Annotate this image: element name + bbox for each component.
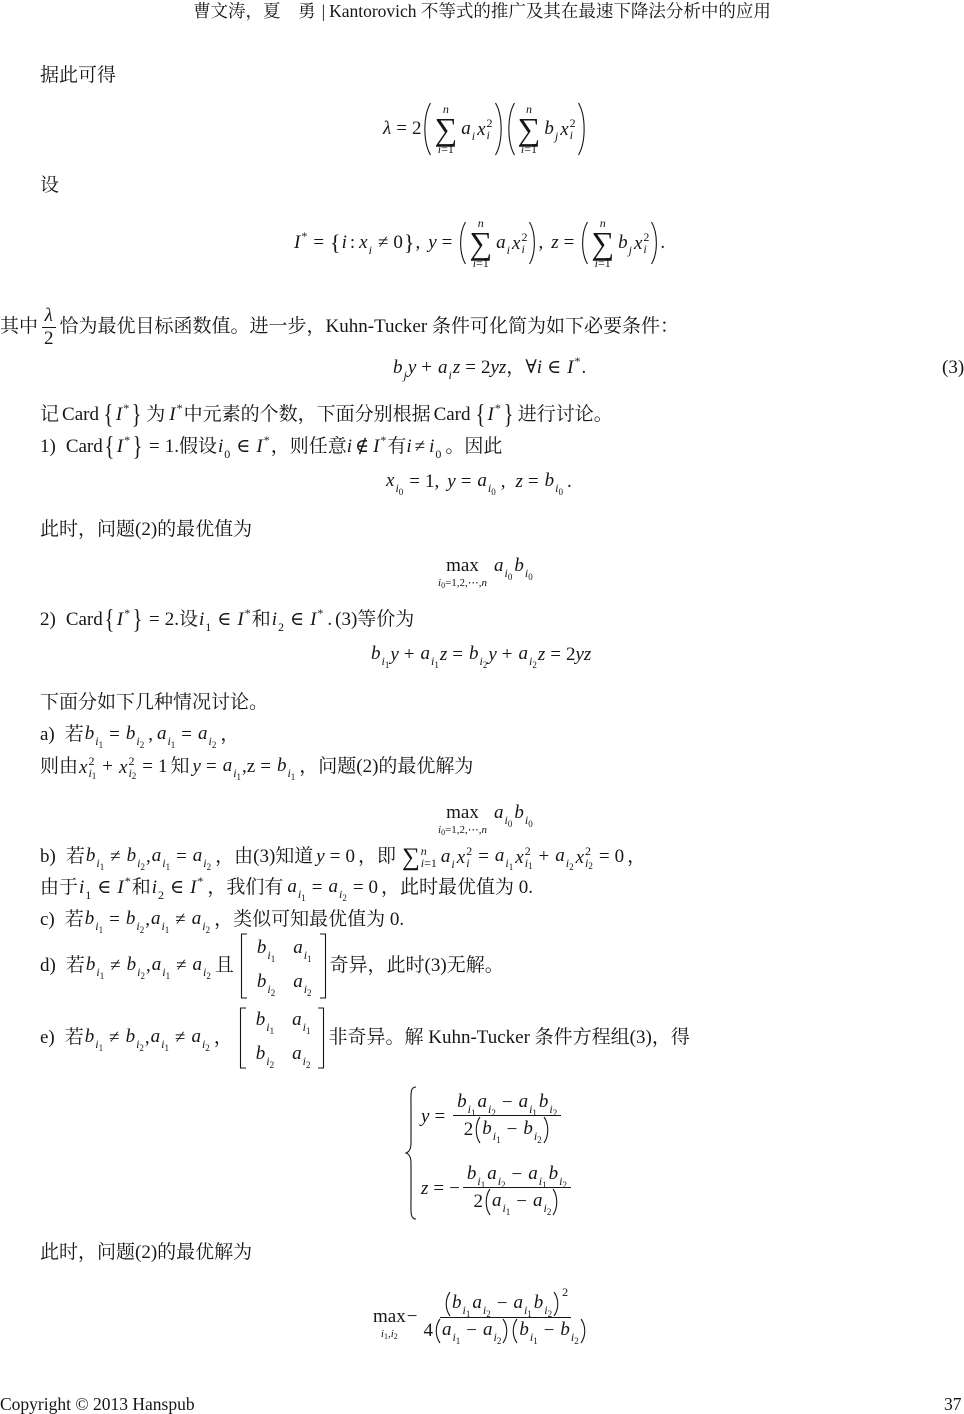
math-var: b (256, 1043, 266, 1064)
math-var: b (86, 845, 96, 866)
math-var: x (560, 119, 568, 140)
math-subscript: i (570, 129, 576, 141)
math-var: a (495, 845, 505, 866)
math-subscript: i1 (505, 856, 513, 870)
math-subindex: 2 (140, 971, 145, 981)
fraction-lambda-half: λ2 (41, 305, 57, 350)
math-var: b (86, 954, 96, 975)
fraction-denominator: 4 ai1 − ai2 bi1 − bi2 (420, 1318, 590, 1344)
left-paren-icon (505, 102, 516, 156)
math-sup: * (317, 606, 323, 620)
math-subscript: i2 (571, 1330, 579, 1344)
math-term: ai1 (519, 1091, 537, 1115)
math-subscript: i (369, 243, 372, 257)
math-punct: , (501, 470, 506, 494)
math-script-stack: 2i2 (585, 845, 593, 870)
math-term: i0 (429, 435, 441, 460)
math-script-stack: 2i1 (88, 755, 96, 780)
running-header: 曹文涛，夏 勇|Kantorovich 不等式的推广及其在最速下降法分析中的应用 (0, 0, 964, 22)
math-op: ∈ (170, 876, 184, 900)
math-subscript: i2 (494, 1330, 502, 1344)
math-term: bj (618, 231, 632, 256)
math-punct: ， (627, 845, 646, 869)
math-subindex: 0 (528, 572, 533, 582)
math-var: b (523, 1118, 533, 1139)
math-subscript: i1 (96, 965, 104, 979)
math-var: a (152, 845, 162, 866)
math-var: i (218, 436, 223, 457)
math-term: ai (496, 231, 510, 256)
math-var: x (79, 757, 87, 778)
math-var: a (555, 845, 565, 866)
math-op: = (433, 1178, 444, 1200)
equation-system: y = bi1 ai2 − ai1 bi2 2 bi1 − bi2 (405, 1086, 574, 1220)
math-subindex: 1 (270, 1026, 275, 1036)
math-term: ai2 (487, 1163, 505, 1187)
math-script-stack: 2i (521, 231, 527, 255)
math-script-stack: 2i (487, 117, 493, 141)
math-subindex: 1 (509, 862, 514, 872)
math-script-stack: 2i (466, 845, 472, 869)
math-sup: * (124, 433, 130, 447)
math-subscript: i0 (525, 566, 533, 580)
math-term: bi2 (534, 1292, 552, 1316)
max-subscript: i0=1,2,⋯,n (438, 577, 487, 590)
matrix-entries: bi1 ai1 bi2 ai2 (247, 1008, 318, 1068)
math-subindex: 1 (506, 1207, 511, 1217)
text-run: 中元素的个数，下面分别根据 (184, 403, 431, 427)
math-op: + (404, 643, 415, 667)
math-var: i (342, 231, 347, 255)
math-subscript: i1 (382, 654, 390, 668)
math-var: a (483, 1319, 493, 1340)
math-subscript: 2 (278, 620, 284, 634)
left-paren-icon (473, 1116, 481, 1144)
math-subindex: 2 (306, 1060, 311, 1070)
left-paren-icon (579, 221, 589, 265)
math-subscript: i1 (162, 856, 170, 870)
math-var: I (256, 436, 262, 457)
case-b: b) 若 bi1 ≠ bi2 , ai1 = ai2 ，由(3)知道 y = 0… (40, 845, 649, 869)
math-var: a (157, 723, 167, 744)
math-brace: { (104, 607, 114, 631)
math-var: I (117, 877, 123, 898)
math-op: = (465, 356, 476, 380)
math-subindex: 2 (307, 988, 312, 998)
math-num: 2 (566, 643, 576, 667)
math-term: I* (117, 876, 130, 901)
sum-lower-limit: i=1 (438, 143, 454, 156)
math-subscript: i0 (505, 813, 513, 827)
right-bracket-icon (319, 933, 327, 999)
math-sup: * (495, 401, 501, 415)
left-brace-icon (405, 1086, 417, 1220)
equation-definitions: I* = { i : xi ≠ 0 } , y = n∑i=1 ai x2i ,… (293, 218, 665, 268)
math-subindex: 1 (385, 660, 390, 670)
paragraph-let: 设 (40, 174, 59, 198)
math-subindex: 2 (271, 988, 276, 998)
math-subscript: i1 (95, 1037, 103, 1051)
math-script-stack: 2i (643, 231, 649, 255)
math-subindex: 0 (528, 819, 533, 829)
math-subindex: 2 (483, 660, 488, 670)
text-run: 2.设 (165, 608, 198, 632)
header-title: Kantorovich 不等式的推广及其在最速下降法分析中的应用 (329, 1, 771, 21)
math-subindex: 1 (307, 954, 312, 964)
math-subscript: i1 (304, 948, 312, 962)
paragraph-card-definition: 记 Card { I* } 为 I* 中元素的个数，下面分别根据 Card { … (40, 403, 616, 427)
math-op: ≠ (415, 435, 425, 459)
math-var: a (192, 908, 202, 929)
math-var: a (193, 845, 203, 866)
math-op: ≠ (110, 845, 120, 869)
math-subscript: 0 (224, 447, 230, 461)
max-subscript: i1,i2 (381, 1328, 398, 1341)
math-term: ai2 (192, 907, 210, 933)
math-subscript: i1 (524, 1303, 532, 1317)
math-var: y (390, 643, 398, 667)
math-brace: { (104, 434, 114, 458)
math-op: ∉ (355, 435, 369, 459)
math-var: b (126, 1026, 136, 1047)
math-term: bi1 (519, 1319, 537, 1343)
math-var: z (516, 470, 523, 494)
math-var: a (478, 1091, 488, 1112)
math-text: =1 (598, 256, 611, 270)
math-term: I* (373, 435, 386, 460)
math-var: I (487, 404, 493, 425)
math-subscript: i1 (167, 734, 175, 748)
left-bracket-icon (240, 933, 248, 999)
sum-lower-limit: i=1 (595, 257, 611, 270)
math-var: z (538, 643, 545, 667)
math-term: bi1 (277, 754, 295, 780)
math-op: − (502, 1092, 513, 1114)
math-var: b (256, 1009, 266, 1030)
math-var: i (347, 435, 352, 459)
math-op: ∈ (217, 608, 231, 632)
paragraph-objective: 其中 λ2 恰为最优目标函数值。进一步，Kuhn-Tucker 条件可化简为如下… (0, 302, 679, 352)
math-var: a (198, 723, 208, 744)
math-term: x2i2 (576, 845, 593, 870)
math-subscript: i (507, 243, 510, 257)
math-subindex: 2 (547, 1207, 552, 1217)
case-a-result: 则由 x2i1 + x2i2 = 1 知 y = ai1 , z = bi1 ，… (40, 755, 476, 779)
math-term: ai1 (492, 1190, 510, 1214)
math-term: bi2 (126, 907, 144, 933)
math-subscript: i2 (267, 982, 275, 996)
math-subscript: i2 (544, 1201, 552, 1215)
math-var: b (534, 1292, 544, 1313)
text-run: 且 (215, 954, 234, 978)
math-var: I (190, 877, 196, 898)
math-term: i2 (152, 876, 164, 901)
math-brace: { (104, 402, 114, 426)
math-punct: . (327, 608, 332, 632)
math-var: a (293, 971, 303, 992)
right-paren-icon (577, 102, 588, 156)
text-run: ，则任意 (271, 435, 347, 459)
math-num: 0 (345, 845, 355, 869)
math-term: ai1 (152, 953, 170, 979)
math-subscript: i1 (303, 1020, 311, 1034)
math-var: z (247, 755, 255, 779)
math-term: bi1 (371, 642, 389, 668)
math-var: b (539, 1091, 549, 1112)
math-brace: } (404, 231, 415, 255)
math-var: y (316, 845, 324, 869)
paragraph-optimal-value: 此时，问题(2)的最优值为 (40, 518, 252, 542)
math-term: ai2 (478, 1091, 496, 1115)
summation: n∑i=1 (469, 217, 492, 270)
math-punct: ， (506, 356, 525, 380)
math-subscript: j (629, 243, 632, 257)
math-var: b (85, 723, 95, 744)
fraction: bi1 ai2 − ai1 bi2 2 ai1 − ai2 (463, 1163, 571, 1216)
case-b-result: 由于 i1 ∈ I* 和 i2 ∈ I* ，我们有 ai1 = ai2 = 0 … (40, 876, 536, 900)
math-op: = (550, 643, 561, 667)
math-var: a (441, 846, 451, 867)
math-subindex: 2 (270, 1060, 275, 1070)
text-run: ，问题(2)的最优解为 (299, 755, 473, 779)
math-subindex: 2 (132, 771, 137, 781)
math-term: ai0 (494, 554, 512, 580)
math-subindex: 1 (99, 1043, 104, 1053)
math-index: n (482, 824, 488, 836)
math-op: − (512, 1164, 523, 1186)
math-sup: * (125, 874, 131, 888)
fraction-numerator: bi1 ai2 − ai1 bi2 (463, 1163, 571, 1188)
text-run: ，类似可知最优值为 0. (214, 908, 404, 932)
math-op: = (176, 845, 187, 869)
math-text: =1 (424, 856, 437, 870)
math-subscript: i1 (502, 1201, 510, 1215)
math-subindex: 2 (532, 660, 537, 670)
math-subscript: i (487, 129, 493, 141)
math-op: ≠ (110, 954, 120, 978)
math-term: bi0 (545, 469, 563, 495)
right-paren-icon (528, 221, 538, 265)
text-run: 和 (132, 876, 151, 900)
math-subscript: 1 (205, 620, 211, 634)
math-var: a (518, 643, 528, 664)
math-term: ai1 (152, 844, 170, 870)
text-run: 有 (387, 435, 406, 459)
math-op: = (564, 231, 575, 255)
sum-lower-limit: i=1 (421, 857, 437, 869)
math-punct: . (660, 231, 665, 255)
math-op: ∈ (236, 435, 250, 459)
math-subindex: 1 (291, 772, 296, 782)
summation: n∑i=1 (518, 103, 541, 156)
math-subscript: i1 (267, 948, 275, 962)
math-var: b (467, 1163, 477, 1184)
math-term: ai2 (533, 1190, 551, 1214)
math-var: i (429, 436, 434, 457)
math-sup: * (245, 606, 251, 620)
math-subscript: i2 (566, 856, 574, 870)
math-subscript: i1 (298, 887, 306, 901)
math-var: a (193, 954, 203, 975)
left-paren-icon (483, 1188, 491, 1216)
math-var: b (618, 232, 628, 253)
text-run: 若 (66, 845, 85, 869)
math-subindex: 2 (206, 971, 211, 981)
case-label: e) (40, 1026, 55, 1050)
math-var: a (477, 470, 487, 491)
math-brace: } (133, 434, 143, 458)
math-op: ≠ (175, 908, 185, 932)
math-op: − (544, 1320, 555, 1342)
math-var: z (453, 356, 460, 380)
sum-lower-limit: i=1 (473, 257, 489, 270)
math-subscript: i2 (498, 1174, 506, 1188)
math-subscript: i1 (95, 734, 103, 748)
math-var: a (496, 232, 506, 253)
math-var: b (544, 118, 554, 139)
math-subindex: 1 (456, 1336, 461, 1346)
left-paren-icon (457, 221, 467, 265)
math-var: y (488, 643, 496, 667)
math-term: bi2 (127, 953, 145, 979)
header-authors: 曹文涛，夏 勇 (193, 1, 316, 21)
text-run: 据此可得 (40, 64, 116, 88)
math-op: : (350, 231, 355, 255)
math-var: i (79, 877, 84, 898)
math-punct: , (415, 231, 420, 255)
math-text: =1 (441, 142, 454, 156)
max-label: max (373, 1306, 406, 1328)
math-subscript: i2 (202, 1037, 210, 1051)
math-var: x (512, 233, 520, 254)
math-var: y (408, 356, 416, 380)
math-subindex: 1 (481, 1180, 486, 1190)
math-brace: } (133, 607, 143, 631)
right-paren-icon (494, 102, 505, 156)
max-operator: maxi0=1,2,⋯,n (438, 555, 487, 590)
left-paren-icon (443, 1291, 451, 1317)
math-term: I* (487, 403, 500, 428)
text-run: 。因此 (445, 435, 502, 459)
math-var: yz (575, 643, 591, 667)
math-subindex: 1 (466, 1309, 471, 1319)
math-subindex: 2 (501, 1180, 506, 1190)
math-punct: . (567, 470, 572, 494)
math-var: b (393, 357, 403, 378)
math-term: bi1 (467, 1163, 485, 1187)
case-a: a) 若 bi1 = bi2 , ai1 = ai2 ， (40, 723, 242, 747)
math-var: y (447, 470, 455, 494)
math-subscript: i0 (555, 481, 563, 495)
math-subindex: 0 (508, 572, 513, 582)
math-var: a (328, 876, 338, 897)
text-run: 由于 (40, 876, 78, 900)
sigma-symbol: ∑ (434, 115, 457, 143)
math-op: − (507, 1119, 518, 1141)
math-op: ∈ (547, 356, 561, 380)
math-subindex: 1 (306, 1026, 311, 1036)
math-var: b (452, 1292, 462, 1313)
math-subscript: i1 (477, 1174, 485, 1188)
math-subscript: i2 (559, 1174, 567, 1188)
math-punct: , (146, 845, 151, 869)
math-subscript: i1 (452, 1330, 460, 1344)
math-num: 2 (412, 117, 422, 141)
math-term: xi (359, 231, 372, 256)
math-term: x2i (634, 231, 649, 256)
math-subscript: i1 (530, 1330, 538, 1344)
math-index: n (482, 577, 488, 589)
math-subscript: i0 (488, 481, 496, 495)
math-var: a (513, 1292, 523, 1313)
math-op: ∈ (97, 876, 111, 900)
math-var: I (117, 436, 123, 457)
math-term: ai2 (328, 875, 346, 901)
math-term: bj (544, 117, 558, 142)
math-num: 2 (473, 1191, 483, 1213)
right-paren-icon (502, 1318, 510, 1344)
math-term: ai2 (193, 953, 211, 979)
summation: n∑i=1 (434, 103, 457, 156)
math-subindex: 1 (166, 862, 171, 872)
math-var: y (428, 231, 436, 255)
fraction-denominator: 2 (41, 328, 57, 350)
math-term: bi2 (523, 1118, 541, 1142)
math-op: + (502, 643, 513, 667)
math-var: i (272, 609, 277, 630)
matrix-entry: bi2 (257, 970, 275, 996)
matrix: bi1 ai1 bi2 ai2 (239, 1007, 326, 1069)
math-punct: , (145, 1026, 150, 1050)
math-var: b (457, 1091, 467, 1112)
math-var: I (117, 609, 123, 630)
math-subscript: i2 (339, 887, 347, 901)
math-op: ≠ (176, 954, 186, 978)
math-var: b (126, 908, 136, 929)
math-subscript: i2 (137, 965, 145, 979)
math-term: i0 (218, 435, 230, 460)
math-subscript: i (451, 857, 454, 871)
math-subindex: 0 (558, 487, 563, 497)
math-sup: * (197, 874, 203, 888)
math-op: ≠ (378, 231, 388, 255)
math-subindex: 1 (99, 740, 104, 750)
math-term: bi1 (85, 907, 103, 933)
card-function: Card (434, 403, 471, 427)
math-subscript: i2 (136, 1037, 144, 1051)
text-run: 为 (146, 403, 165, 427)
math-subindex: 2 (140, 862, 145, 872)
math-num: 4 (423, 1320, 433, 1342)
math-sup: 2 (562, 1281, 568, 1303)
math-punct: ， (214, 1026, 233, 1050)
math-term: i1 (199, 608, 211, 633)
math-subscript: i (466, 857, 472, 869)
math-term: ai2 (472, 1292, 490, 1316)
math-op: ∈ (290, 608, 304, 632)
math-var: a (287, 876, 297, 897)
math-term: bi1 (457, 1091, 475, 1115)
math-num: 1 (158, 755, 168, 779)
max-operator: maxi0=1,2,⋯,n (438, 802, 487, 837)
math-subindex: 1 (384, 1332, 388, 1341)
card-function: Card (62, 403, 99, 427)
math-term: I* (256, 435, 269, 460)
math-term: ai1 (157, 722, 175, 748)
math-term: ai2 (193, 844, 211, 870)
math-term: x2i (457, 845, 472, 870)
math-subscript: i1 (493, 1129, 501, 1143)
